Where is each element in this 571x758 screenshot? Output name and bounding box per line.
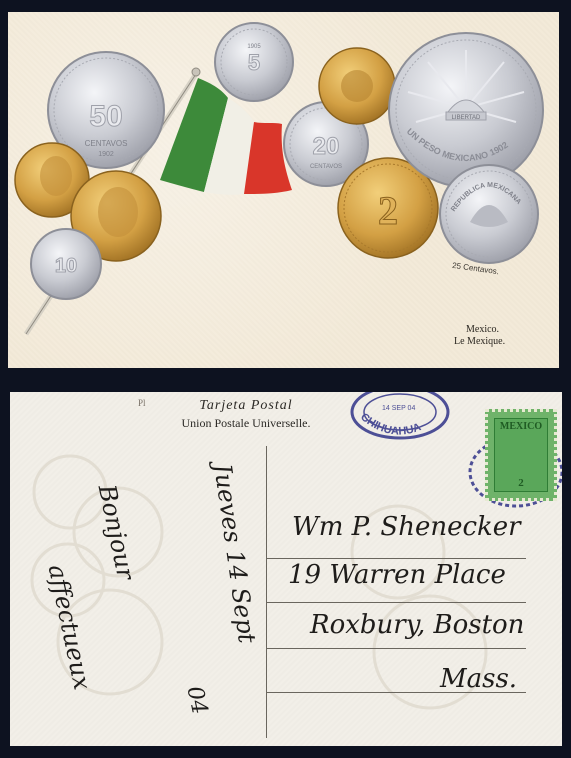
svg-text:CHIHUAHUA: CHIHUAHUA bbox=[358, 411, 423, 438]
svg-text:CENTAVOS: CENTAVOS bbox=[310, 164, 342, 170]
svg-text:5: 5 bbox=[248, 50, 260, 75]
stamp-face: MEXICO 2 bbox=[494, 418, 548, 492]
coin-un-peso: LIBERTAD UN PESO MEXICANO 1902 bbox=[389, 33, 543, 187]
svg-text:14 SEP 04: 14 SEP 04 bbox=[382, 405, 415, 412]
postcard-front: 50 CENTAVOS 1902 5 1905 10 bbox=[8, 12, 559, 368]
coin-5-centavos: 5 1905 bbox=[215, 23, 293, 101]
address-line-4: Mass. bbox=[440, 664, 517, 694]
svg-text:20: 20 bbox=[313, 133, 340, 160]
svg-text:1905: 1905 bbox=[247, 44, 261, 50]
stamp-value: 2 bbox=[495, 477, 547, 489]
svg-text:50: 50 bbox=[89, 100, 122, 133]
address-line-3: Roxbury, Boston bbox=[310, 610, 524, 640]
coin-10-centavos: 10 bbox=[31, 229, 101, 299]
coin-gold-eagle bbox=[319, 48, 395, 124]
svg-text:CENTAVOS: CENTAVOS bbox=[85, 139, 128, 148]
caption-le-mexique: Le Mexique. bbox=[454, 336, 505, 347]
stamp-country: MEXICO bbox=[495, 421, 547, 432]
postage-stamp: MEXICO 2 bbox=[485, 409, 557, 501]
address-line-2: 19 Warren Place bbox=[288, 560, 506, 590]
address-line-1: Wm P. Shenecker bbox=[292, 512, 521, 542]
svg-text:10: 10 bbox=[55, 255, 77, 277]
svg-text:LIBERTAD: LIBERTAD bbox=[452, 115, 481, 121]
coin-25-centavos: REPUBLICA MEXICANA bbox=[440, 165, 538, 263]
postcard-back: Pl Tarjeta Postal Union Postale Universe… bbox=[10, 392, 562, 746]
caption-mexico: Mexico. bbox=[466, 324, 499, 335]
svg-text:1902: 1902 bbox=[98, 151, 114, 158]
svg-text:2: 2 bbox=[378, 188, 398, 233]
coin-illustration: 50 CENTAVOS 1902 5 1905 10 bbox=[8, 12, 559, 368]
